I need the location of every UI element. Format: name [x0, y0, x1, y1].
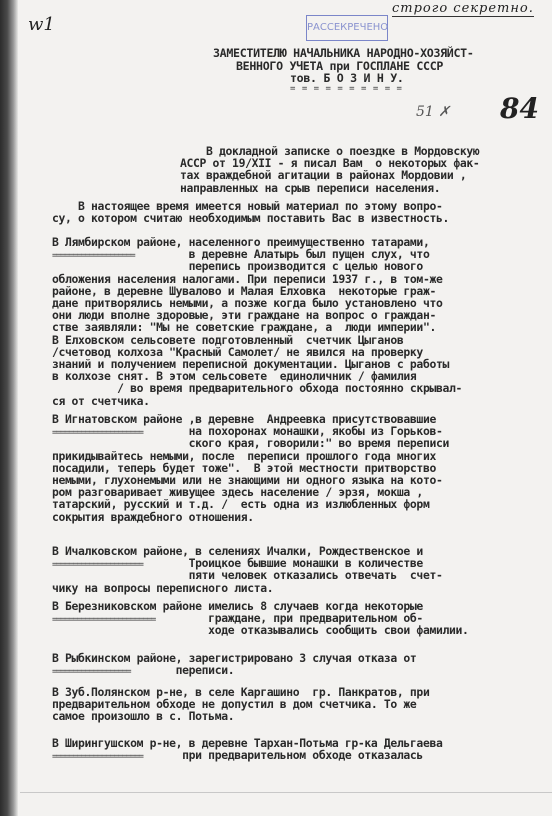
ichalki-line: пяти человек отказались отвечать счет- — [52, 569, 442, 581]
lyambir-line: перепись производится с целью нового — [52, 260, 423, 272]
addressee-underline: = = = = = = = = = = — [290, 85, 402, 93]
binding-edge — [0, 0, 18, 816]
rybkino-district-underline: =================== — [52, 668, 130, 676]
ignatovo-line: прикидывайтесь немыми, после переписи пр… — [52, 450, 436, 462]
lyambir-line: ся от счетчика. — [52, 395, 150, 407]
lyambir-line: они люди вполне здоровые, эти граждане н… — [52, 309, 436, 321]
lyambir-line: стве заявляли: "Мы не советские граждане… — [52, 321, 436, 333]
lyambir-line: обложения населения налогами. При перепи… — [52, 273, 442, 285]
lyambir-line: знаний и получением переписной документа… — [52, 358, 449, 370]
folio-number: 84 — [500, 92, 539, 125]
shiringushi-line: В Ширингушском р-не, в деревне Тархан-По… — [52, 737, 442, 749]
ichalki-district-underline: ====================== — [52, 561, 143, 569]
handwritten-classification: строго секретно. — [392, 1, 534, 17]
ignatovo-line: сокрытия враждебного отношения. — [52, 511, 254, 523]
ignatovo-line: В Игнатовском районе ,в деревне Андреевк… — [52, 413, 436, 425]
lyambir-line: В Лямбирском районе, населенного преимущ… — [52, 236, 429, 248]
shiringushi-district-underline: ====================== — [52, 753, 143, 761]
ignatovo-district-underline: ====================== — [52, 429, 143, 437]
declassified-stamp: РАССЕКРЕЧЕНО — [306, 15, 388, 41]
addressee-line-3: тов. Б О З И Н У. — [290, 72, 404, 84]
bereznyaki-line: В Березниковском районе имелись 8 случае… — [52, 600, 423, 612]
lyambir-line: / во время предварительного обхода посто… — [52, 382, 462, 394]
rybkino-line: В Рыбкинском районе, зарегистрировано 3 … — [52, 652, 416, 664]
bereznyaki-line: ходе отказывались сообщить свои фамилии. — [52, 624, 469, 636]
intro-line: направленных на срыв переписи населения. — [180, 182, 440, 194]
intro-line: В докладной записке о поездке в Мордовск… — [180, 145, 479, 157]
bereznyaki-district-underline: ========================= — [52, 616, 155, 624]
lyambir-line: в колхозе снят. В этом сельсовете единол… — [52, 370, 416, 382]
paragraph-line: су, о котором считаю необходимым постави… — [52, 212, 449, 224]
intro-line: АССР от 19/XII - я писал Вам о некоторых… — [180, 157, 479, 169]
ignatovo-line: татарский, русский и т.д. / есть одна из… — [52, 498, 429, 510]
handwritten-scribble: 51 ✗ — [416, 104, 450, 120]
lyambir-line: дане притворялись немыми, а позже когда … — [52, 297, 442, 309]
zubova-line: самое произошло в с. Потьма. — [52, 710, 234, 722]
lyambir-line: В Елховском сельсовете подготовленный сч… — [52, 334, 403, 346]
corner-handwritten-mark: w1 — [28, 14, 55, 35]
zubova-line: предварительном обходе не допустил в дом… — [52, 698, 416, 710]
addressee-line-1: ЗАМЕСТИТЕЛЮ НАЧАЛЬНИКА НАРОДНО-ХОЗЯЙСТ- — [213, 47, 474, 59]
page-fold-line — [20, 792, 552, 793]
zubova-line: В Зуб.Полянском р-не, в селе Каргашино г… — [52, 686, 429, 698]
lyambir-line: /счетовод колхоза "Красный Самолет/ не я… — [52, 346, 423, 358]
ichalki-line: В Ичалковском районе, в селениях Ичалки,… — [52, 545, 423, 557]
ignatovo-line: посадили, теперь будет тоже". В этой мес… — [52, 462, 436, 474]
lyambir-district-underline: ==================== — [52, 252, 134, 260]
ignatovo-line: немыми, глухонемыми или не знающими ни о… — [52, 474, 442, 486]
paragraph-line: В настоящее время имеется новый материал… — [52, 200, 442, 212]
ignatovo-line: ром разговаривает живущее здесь населени… — [52, 486, 423, 498]
ignatovo-line: ского края, говорили:" во время переписи — [52, 437, 449, 449]
ichalki-line: чику на вопросы переписного листа. — [52, 582, 273, 594]
lyambir-line: районе, в деревне Шувалово и Малая Елхов… — [52, 285, 436, 297]
document-page: w1 строго секретно. РАССЕКРЕЧЕНО 84 51 ✗… — [0, 0, 552, 816]
intro-line: тах враждебной агитации в районах Мордов… — [180, 169, 466, 181]
